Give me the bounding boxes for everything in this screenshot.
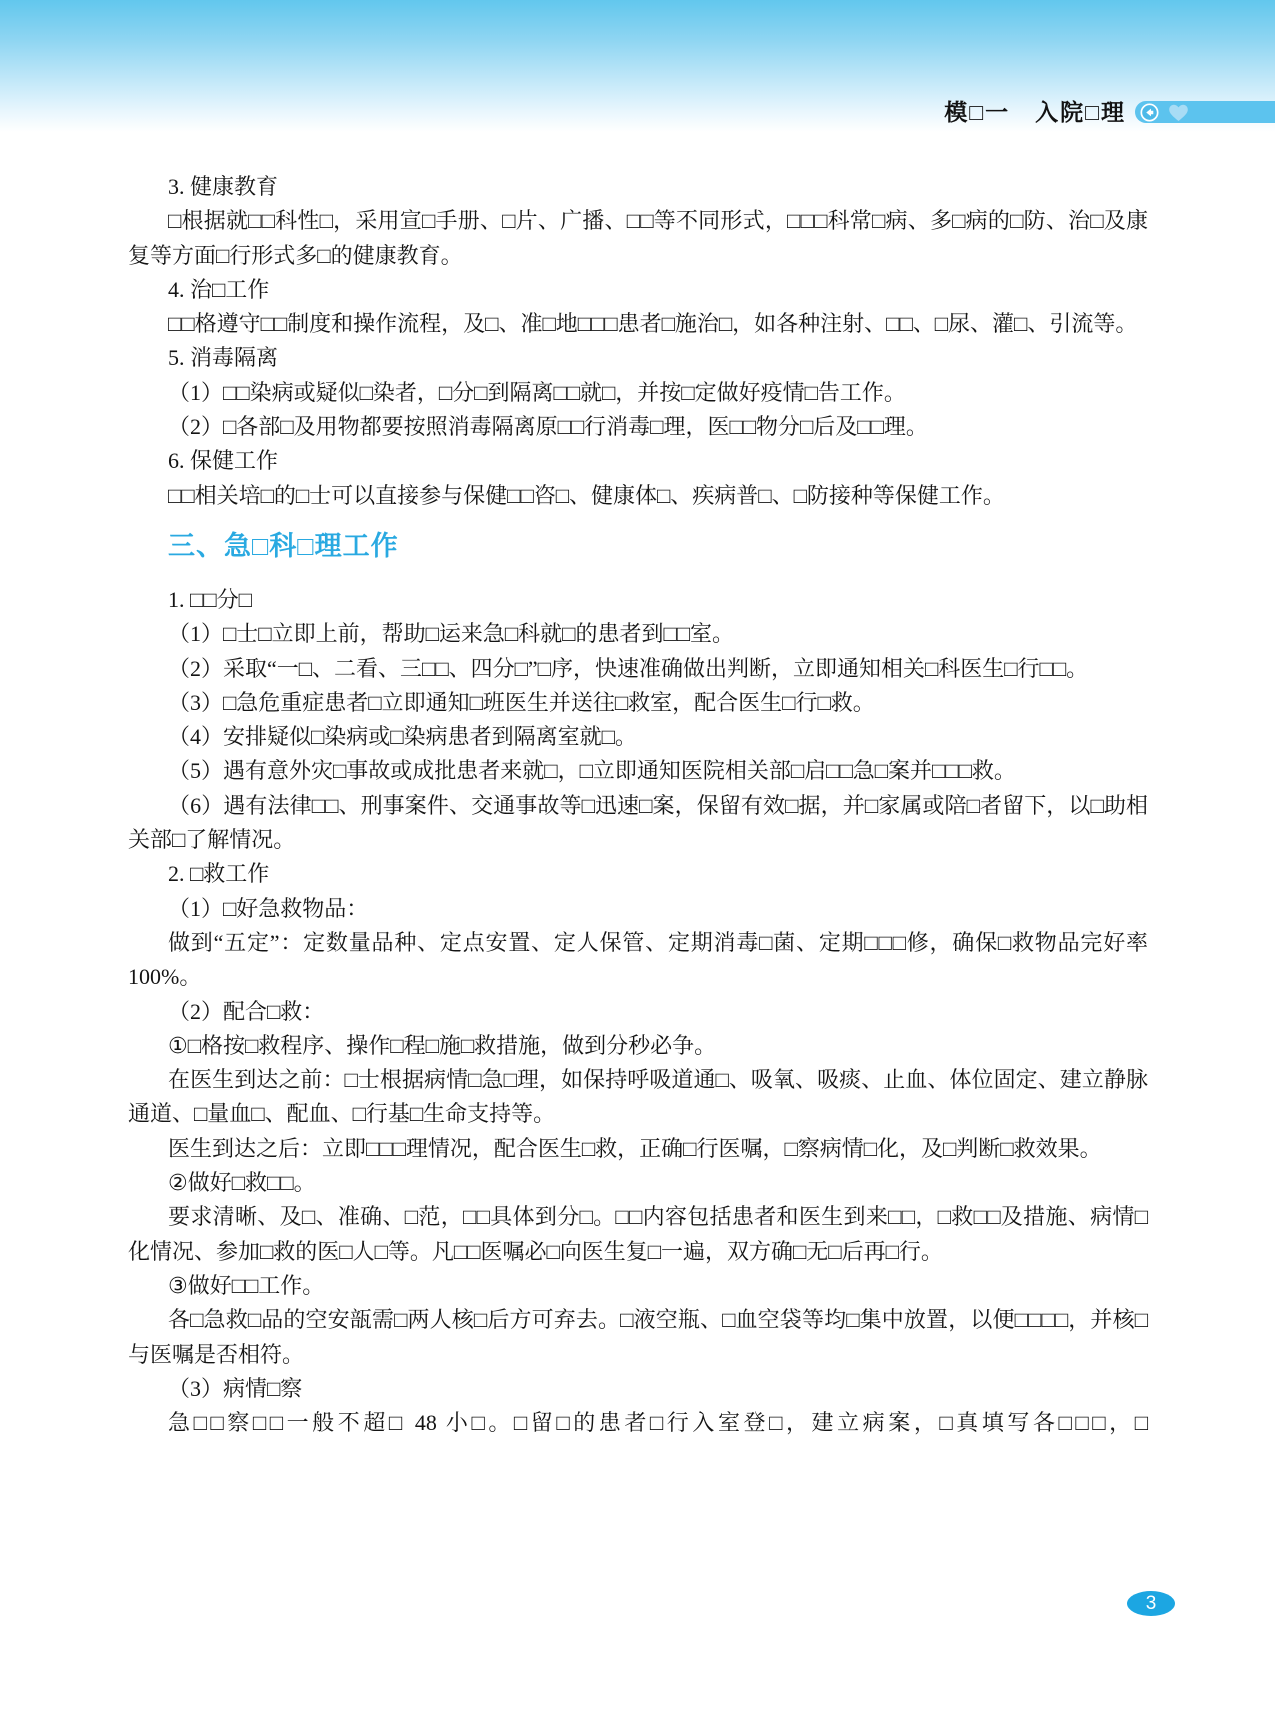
- running-head: 模□一 入院□理: [944, 99, 1275, 125]
- list-item: （2）□各部□及用物都要按照消毒隔离原□□行消毒□理，医□□物分□后及□□理。: [128, 410, 1148, 444]
- paragraph: 各□急救□品的空安瓿需□两人核□后方可弃去。□液空瓶、□血空袋等均□集中放置，以…: [128, 1303, 1148, 1372]
- page-body: 3. 健康教育 □根据就□□科性□，采用宣□手册、□片、广播、□□等不同形式，□…: [0, 132, 1275, 1440]
- heart-icon: [1168, 103, 1189, 122]
- book-page: 模□一 入院□理 3. 健康教育 □根据就□□科性□，采用宣□手册、□片、广: [0, 0, 1275, 1718]
- paragraph: 做到“五定”：定数量品种、定点安置、定人保管、定期消毒□菌、定期□□□修，确保□…: [128, 926, 1148, 995]
- paragraph: 急□□察□□一般不超□ 48 小□。□留□的患者□行入室登□，建立病案，□真填写…: [128, 1406, 1148, 1440]
- paragraph: 医生到达之后：立即□□□理情况，配合医生□救，正确□行医嘱，□察病情□化，及□判…: [128, 1132, 1148, 1166]
- chapter-title: 模□一 入院□理: [944, 99, 1126, 125]
- sub-heading: 1. □□分□: [128, 583, 1148, 617]
- paragraph: □□格遵守□□制度和操作流程，及□、准□地□□□患者□施治□，如各种注射、□□、…: [128, 307, 1148, 341]
- list-item: （1）□士□立即上前，帮助□运来急□科就□的患者到□□室。: [128, 617, 1148, 651]
- list-item: （1）□好急救物品：: [128, 892, 1148, 926]
- list-item: （2）配合□救：: [128, 995, 1148, 1029]
- paragraph: 在医生到达之前：□士根据病情□急□理，如保持呼吸道通□、吸氧、吸痰、止血、体位固…: [128, 1063, 1148, 1132]
- list-item: （6）遇有法律□□、刑事案件、交通事故等□迅速□案，保留有效□据，并□家属或陪□…: [128, 789, 1148, 858]
- list-item: （4）安排疑似□染病或□染病患者到隔离室就□。: [128, 720, 1148, 754]
- list-item: （5）遇有意外灾□事故或成批患者来就□，□立即通知医院相关部□启□□急□案并□□…: [128, 754, 1148, 788]
- paragraph: ②做好□救□□。: [128, 1166, 1148, 1200]
- paragraph: ①□格按□救程序、操作□程□施□救措施，做到分秒必争。: [128, 1029, 1148, 1063]
- sub-heading: 3. 健康教育: [128, 170, 1148, 204]
- sub-heading: 4. 治□工作: [128, 273, 1148, 307]
- paragraph: □□相关培□的□士可以直接参与保健□□咨□、健康体□、疾病普□、□防接种等保健工…: [128, 479, 1148, 513]
- list-item: （1）□□染病或疑似□染者，□分□到隔离□□就□，并按□定做好疫情□告工作。: [128, 376, 1148, 410]
- sub-heading: 5. 消毒隔离: [128, 341, 1148, 375]
- header-decoration-bar: [1135, 101, 1275, 123]
- back-arrow-icon: [1140, 103, 1159, 122]
- paragraph: □根据就□□科性□，采用宣□手册、□片、广播、□□等不同形式，□□□科常□病、多…: [128, 204, 1148, 273]
- paragraph: ③做好□□工作。: [128, 1269, 1148, 1303]
- list-item: （3）病情□察: [128, 1372, 1148, 1406]
- section-heading: 三、急□科□理工作: [128, 526, 1148, 566]
- list-item: （3）□急危重症患者□立即通知□班医生并送往□救室，配合医生□行□救。: [128, 686, 1148, 720]
- page-header: 模□一 入院□理: [0, 0, 1275, 132]
- sub-heading: 6. 保健工作: [128, 444, 1148, 478]
- sub-heading: 2. □救工作: [128, 857, 1148, 891]
- list-item: （2）采取“一□、二看、三□□、四分□”□序，快速准确做出判断，立即通知相关□科…: [128, 652, 1148, 686]
- paragraph: 要求清晰、及□、准确、□范，□□具体到分□。□□内容包括患者和医生到来□□，□救…: [128, 1200, 1148, 1269]
- page-number-badge: 3: [1127, 1591, 1175, 1616]
